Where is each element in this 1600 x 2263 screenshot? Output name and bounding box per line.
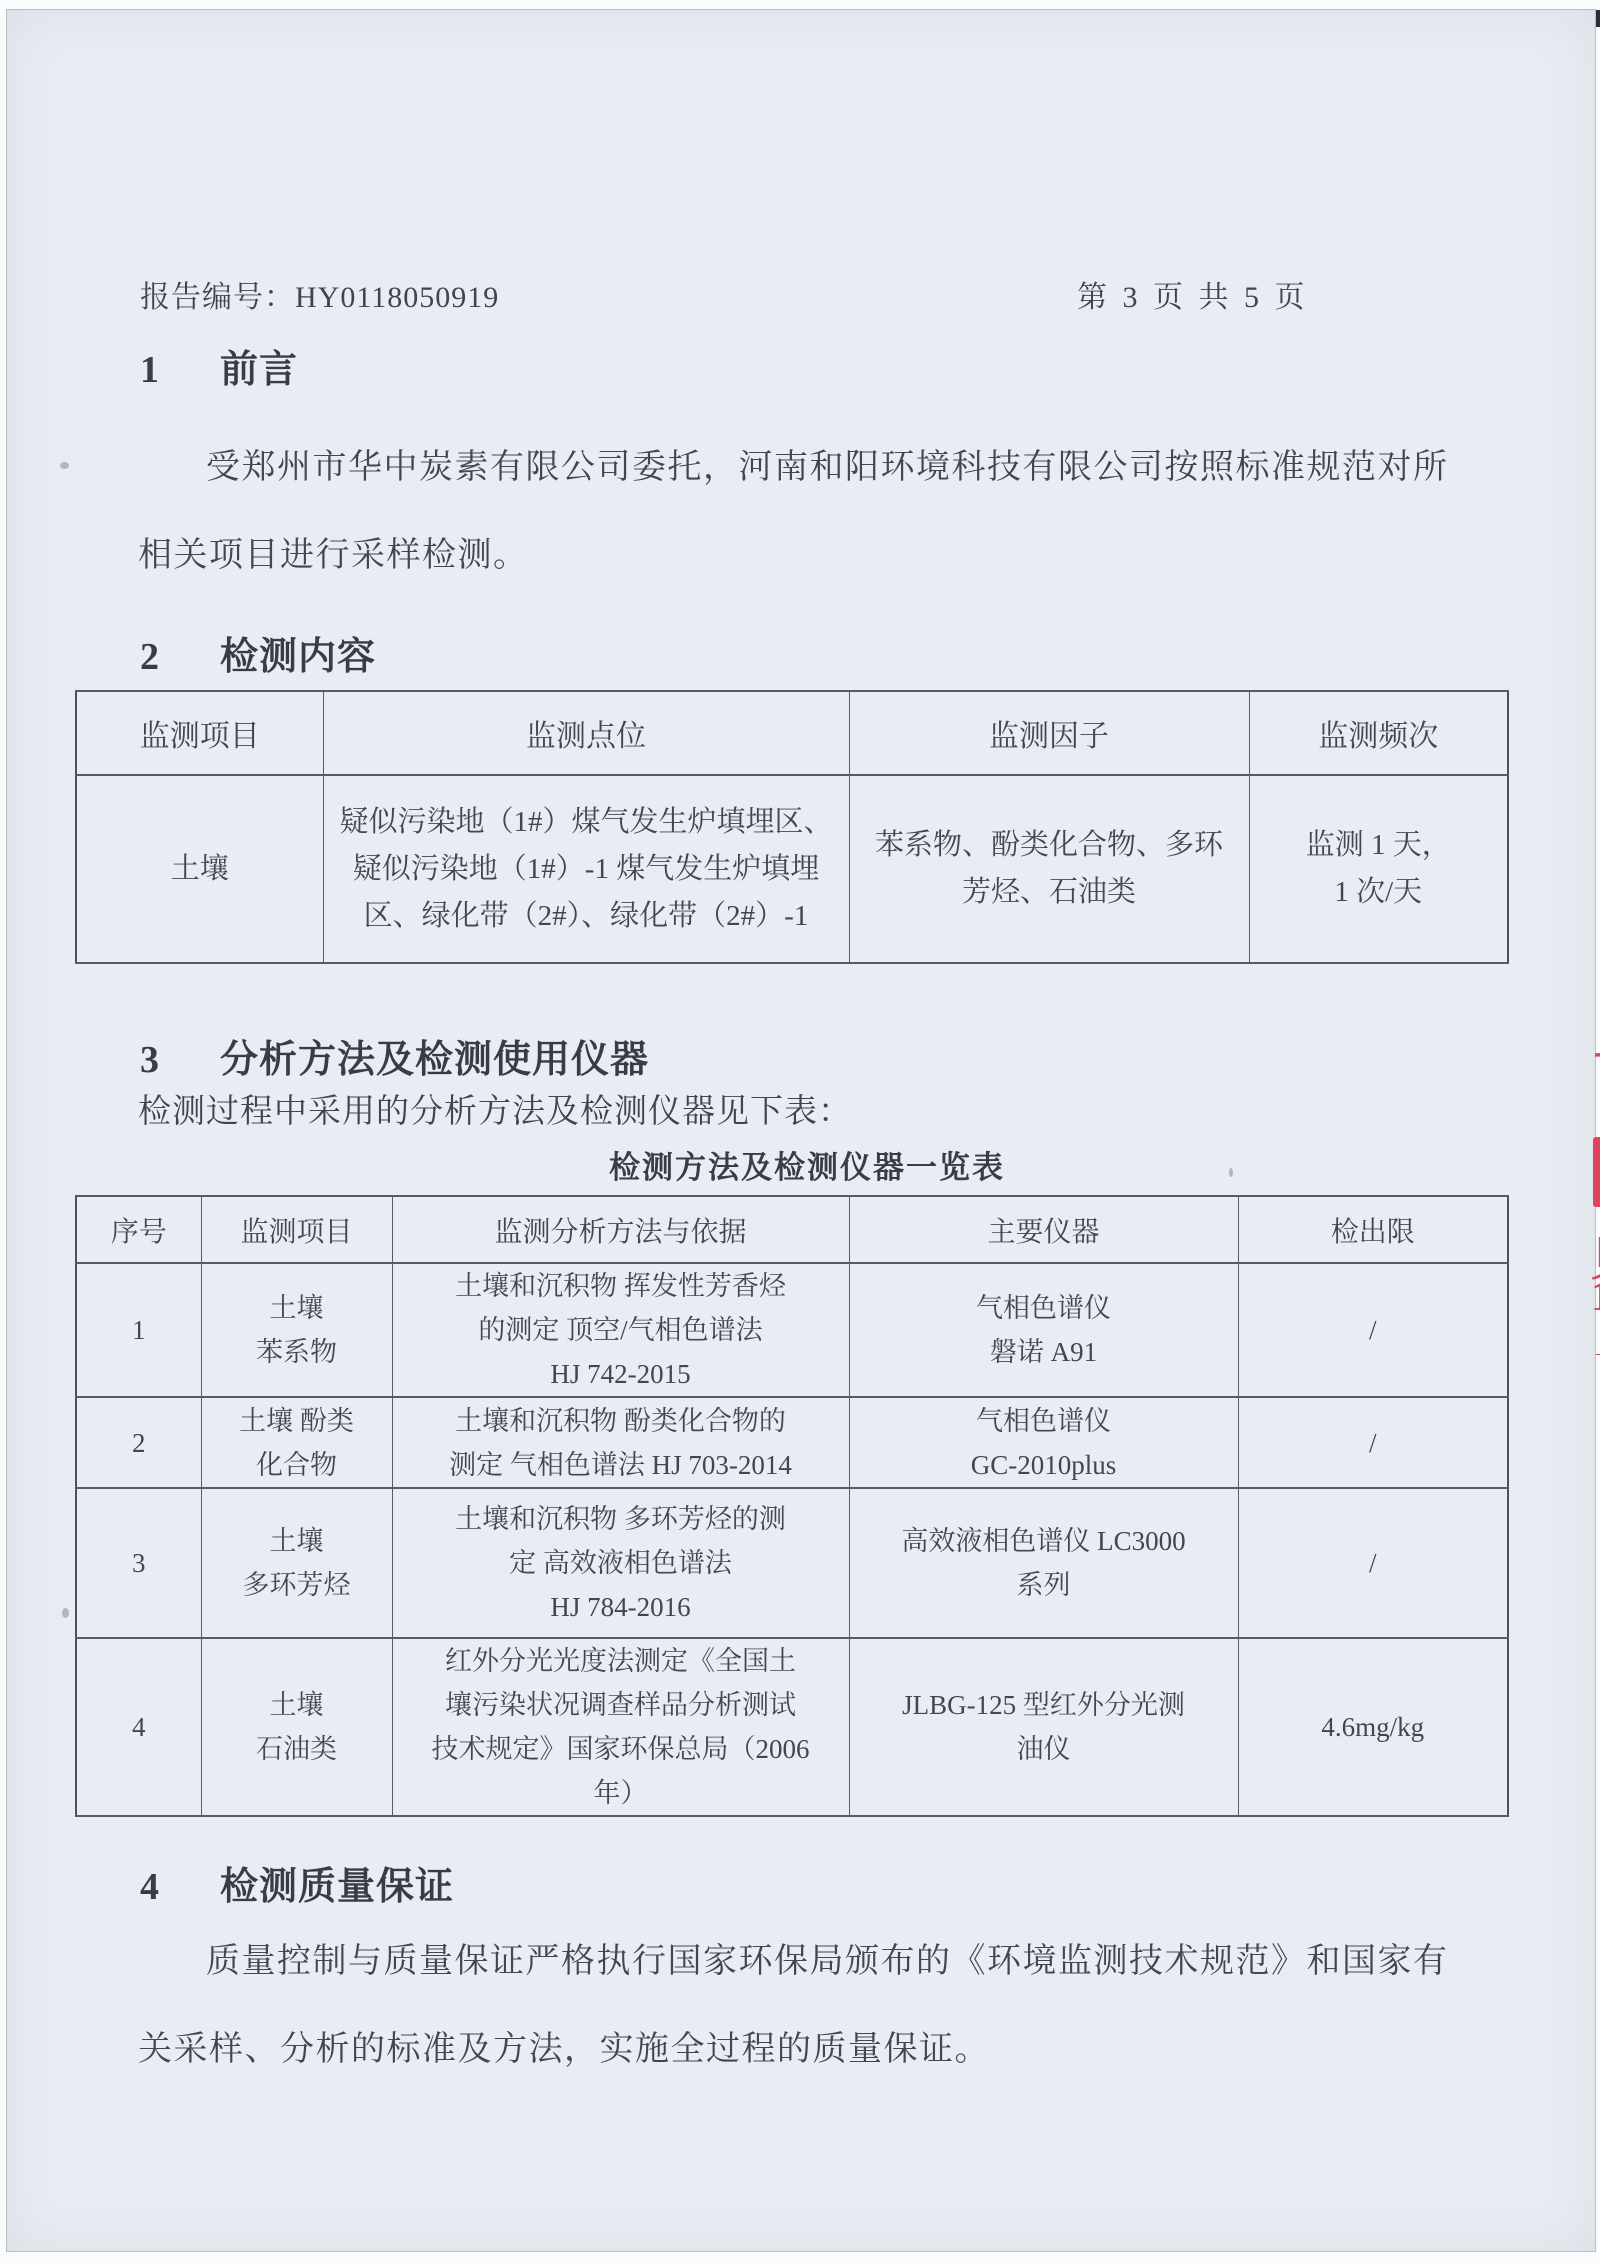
- stamp-fragment-icon: 1: [1591, 1273, 1600, 1321]
- col-header-frequency: 监测频次: [1249, 691, 1508, 775]
- section-1-number: 1: [140, 348, 220, 392]
- monitoring-content-table: 监测项目 监测点位 监测因子 监测频次 土壤 疑似污染地（1#）煤气发生炉填埋区…: [75, 690, 1509, 964]
- cell-limit: /: [1238, 1397, 1508, 1488]
- red-stamp-fragments: 乛 贝 1 。: [1591, 1025, 1600, 1355]
- col-header-item: 监测项目: [201, 1196, 392, 1263]
- section-3-title: 分析方法及检测使用仪器: [220, 1039, 649, 1081]
- section-2-heading: 2检测内容: [140, 625, 376, 680]
- section-4-title: 检测质量保证: [220, 1866, 454, 1908]
- stamp-fragment-icon: 乛: [1591, 1031, 1600, 1115]
- col-header-limit: 检出限: [1238, 1196, 1508, 1263]
- cell-item: 土壤 苯系物: [201, 1263, 392, 1397]
- scan-speck: [60, 462, 69, 469]
- section-4-paragraph: 质量控制与质量保证严格执行国家环保局颁布的《环境监测技术规范》和国家有关采样、分…: [138, 1918, 1483, 2094]
- section-3-intro: 检测过程中采用的分析方法及检测仪器见下表：: [138, 1085, 852, 1132]
- scan-speck: [62, 1608, 69, 1618]
- cell-method: 土壤和沉积物 挥发性芳香烃 的测定 顶空/气相色谱法 HJ 742-2015: [392, 1263, 849, 1397]
- cell-limit: /: [1238, 1263, 1508, 1397]
- report-number: 报告编号：HY0118050919: [140, 272, 499, 316]
- cell-no: 3: [76, 1488, 201, 1638]
- cell-method: 土壤和沉积物 酚类化合物的 测定 气相色谱法 HJ 703-2014: [392, 1397, 849, 1488]
- table-row: 2 土壤 酚类 化合物 土壤和沉积物 酚类化合物的 测定 气相色谱法 HJ 70…: [76, 1397, 1508, 1488]
- scan-corner-mark: [1596, 10, 1600, 27]
- stamp-fragment-icon: 。: [1591, 1317, 1600, 1355]
- table-header-row: 序号 监测项目 监测分析方法与依据 主要仪器 检出限: [76, 1196, 1508, 1263]
- section-4-number: 4: [140, 1865, 220, 1909]
- cell-method: 红外分光光度法测定《全国土 壤污染状况调查样品分析测试 技术规定》国家环保总局（…: [392, 1638, 849, 1816]
- cell-factors: 苯系物、酚类化合物、多环 芳烃、石油类: [849, 775, 1249, 963]
- table-row: 1 土壤 苯系物 土壤和沉积物 挥发性芳香烃 的测定 顶空/气相色谱法 HJ 7…: [76, 1263, 1508, 1397]
- table-row: 3 土壤 多环芳烃 土壤和沉积物 多环芳烃的测 定 高效液相色谱法 HJ 784…: [76, 1488, 1508, 1638]
- cell-limit: 4.6mg/kg: [1238, 1638, 1508, 1816]
- col-header-instrument: 主要仪器: [849, 1196, 1238, 1263]
- section-3-number: 3: [140, 1038, 220, 1082]
- cell-no: 1: [76, 1263, 201, 1397]
- cell-limit: /: [1238, 1488, 1508, 1638]
- scan-speck: [1229, 1168, 1233, 1177]
- table-row: 土壤 疑似污染地（1#）煤气发生炉填埋区、疑似污染地（1#）-1 煤气发生炉填埋…: [76, 775, 1508, 963]
- section-2-number: 2: [140, 635, 220, 679]
- cell-no: 2: [76, 1397, 201, 1488]
- page-number-indicator: 第 3 页 共 5 页: [1077, 272, 1309, 316]
- cell-item: 土壤 酚类 化合物: [201, 1397, 392, 1488]
- cell-instrument: 高效液相色谱仪 LC3000 系列: [849, 1488, 1238, 1638]
- cell-no: 4: [76, 1638, 201, 1816]
- cell-points: 疑似污染地（1#）煤气发生炉填埋区、疑似污染地（1#）-1 煤气发生炉填埋区、绿…: [323, 775, 849, 963]
- section-1-title: 前言: [220, 349, 298, 391]
- section-4-heading: 4检测质量保证: [140, 1855, 454, 1910]
- stamp-bar-icon: [1593, 1137, 1600, 1207]
- methods-instruments-table: 序号 监测项目 监测分析方法与依据 主要仪器 检出限 1 土壤 苯系物 土壤和沉…: [75, 1195, 1509, 1817]
- cell-item: 土壤: [76, 775, 323, 963]
- cell-frequency: 监测 1 天， 1 次/天: [1249, 775, 1508, 963]
- cell-item: 土壤 多环芳烃: [201, 1488, 392, 1638]
- table-row: 4 土壤 石油类 红外分光光度法测定《全国土 壤污染状况调查样品分析测试 技术规…: [76, 1638, 1508, 1816]
- page-header: 报告编号：HY0118050919 第 3 页 共 5 页: [7, 272, 1600, 312]
- col-header-method: 监测分析方法与依据: [392, 1196, 849, 1263]
- col-header-item: 监测项目: [76, 691, 323, 775]
- section-3-heading: 3分析方法及检测使用仪器: [140, 1028, 649, 1083]
- table-header-row: 监测项目 监测点位 监测因子 监测频次: [76, 691, 1508, 775]
- section-1-heading: 1前言: [140, 338, 298, 393]
- col-header-factors: 监测因子: [849, 691, 1249, 775]
- cell-item: 土壤 石油类: [201, 1638, 392, 1816]
- cell-instrument: 气相色谱仪 磐诺 A91: [849, 1263, 1238, 1397]
- cell-method: 土壤和沉积物 多环芳烃的测 定 高效液相色谱法 HJ 784-2016: [392, 1488, 849, 1638]
- col-header-no: 序号: [76, 1196, 201, 1263]
- methods-table-title: 检测方法及检测仪器一览表: [7, 1142, 1600, 1187]
- col-header-points: 监测点位: [323, 691, 849, 775]
- cell-instrument: 气相色谱仪 GC-2010plus: [849, 1397, 1238, 1488]
- section-1-paragraph: 受郑州市华中炭素有限公司委托，河南和阳环境科技有限公司按照标准规范对所相关项目进…: [138, 424, 1483, 600]
- cell-instrument: JLBG-125 型红外分光测 油仪: [849, 1638, 1238, 1816]
- scanned-page: 报告编号：HY0118050919 第 3 页 共 5 页 1前言 受郑州市华中…: [6, 9, 1596, 2252]
- section-2-title: 检测内容: [220, 636, 376, 678]
